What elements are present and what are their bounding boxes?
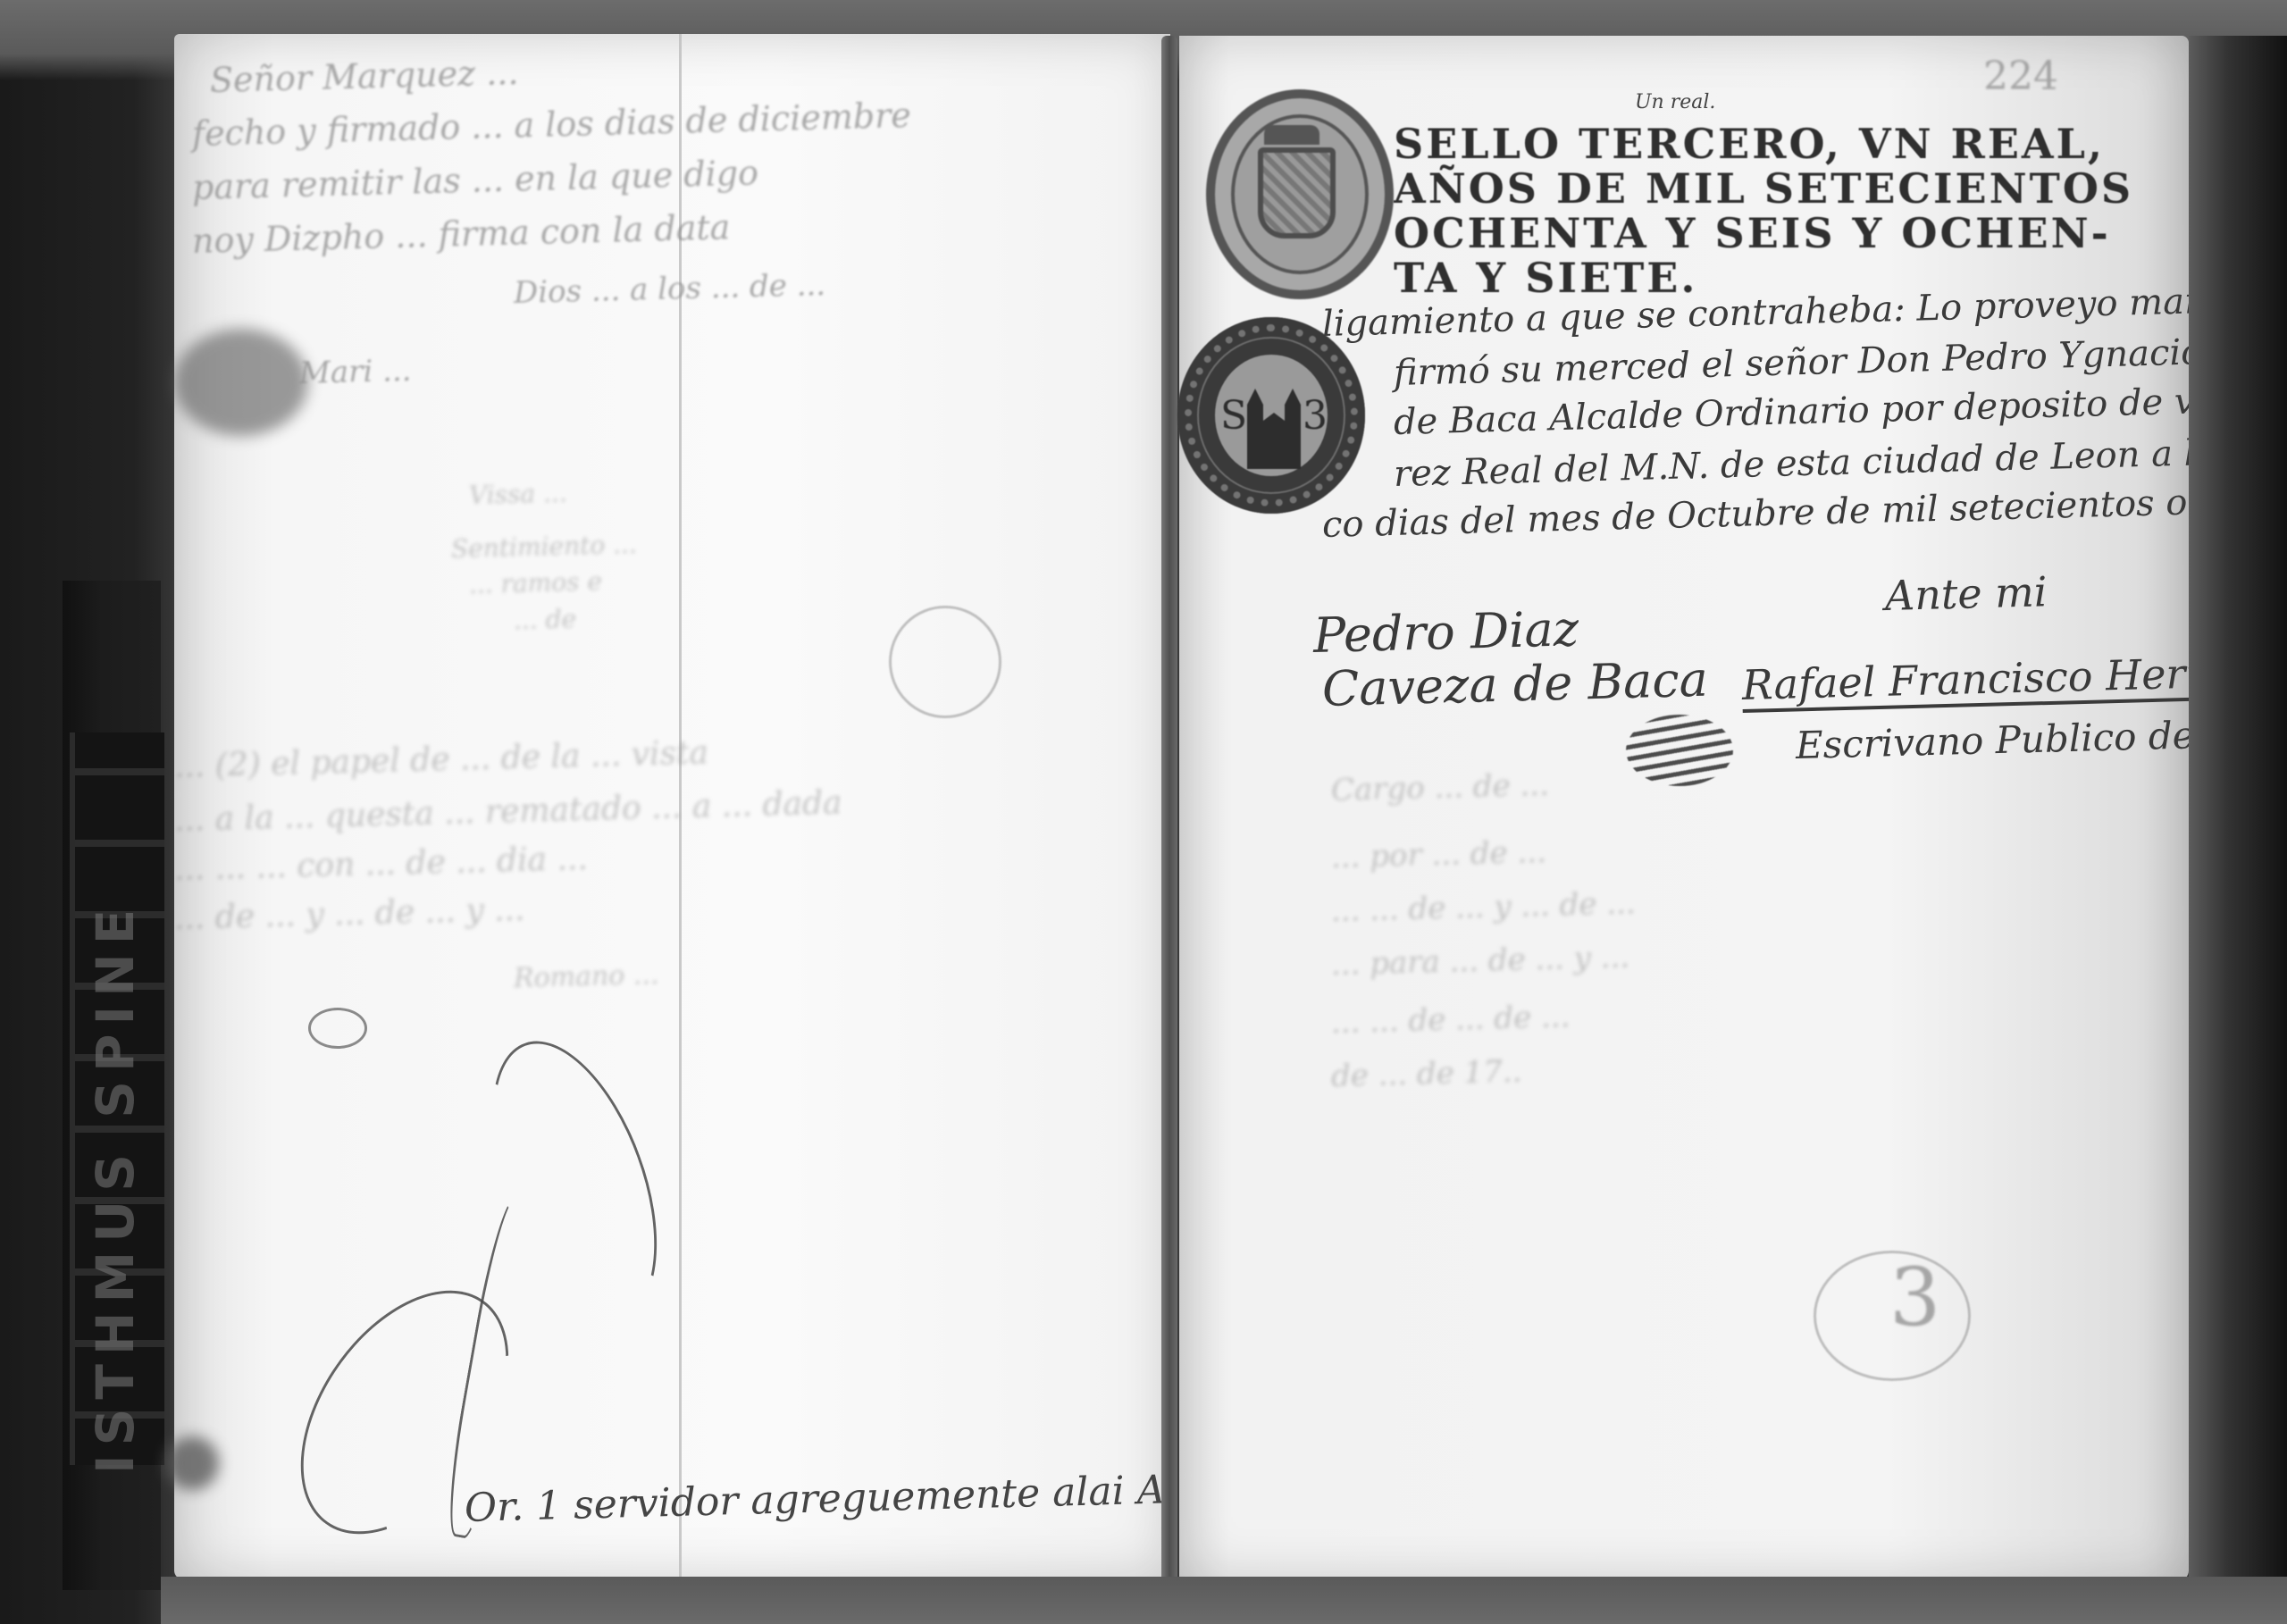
left-page: Señor Marquez ... fecho y firmado ... a …: [174, 34, 1170, 1579]
left-margin-note-3: ... ramos e: [469, 566, 603, 599]
left-page-line-5: Dios ... a los ... de ...: [513, 267, 825, 311]
page-gutter: [1161, 36, 1177, 1590]
left-page-line-4: noy Dizpho ... firma con la data: [191, 207, 730, 261]
faded-line-5: ... ... de ... de ...: [1330, 999, 1570, 1041]
left-page-line-3: para remitir las ... en la que digo: [191, 153, 758, 207]
left-middle-line-4: ... de ... y ... de ... y ...: [173, 892, 525, 937]
left-lower-note: Romano ...: [514, 959, 659, 994]
right-edge-shadow: [2189, 36, 2287, 1624]
left-margin-note-1: Vissa ...: [469, 478, 568, 510]
left-margin-note-4: ... de: [514, 604, 577, 635]
left-margin-note-2: Sentimiento ...: [451, 530, 638, 564]
stamp-header-line-4: TA Y SIETE.: [1394, 255, 1697, 301]
lower-mark: 3: [1889, 1251, 1940, 1344]
stamp-header-line-2: AÑOS DE MIL SETECIENTOS: [1394, 165, 2133, 212]
left-signature-fragment: Mari ...: [298, 353, 411, 391]
left-middle-line-2: ... a la ... questa ... rematado ... a .…: [173, 784, 842, 839]
small-flourish: [308, 1008, 367, 1049]
faded-line-1: Cargo ... de ...: [1330, 767, 1549, 808]
left-middle-line-3: ... ... ... con ... de ... dia ...: [173, 841, 588, 888]
faint-bleedthrough-mark: [889, 606, 1001, 718]
folio-number: 224: [1983, 54, 2058, 99]
faded-line-4: ... para ... de ... y ...: [1330, 939, 1629, 983]
seal-number: 3: [1303, 393, 1328, 439]
stamp-header-line-1: SELLO TERCERO, VN REAL,: [1394, 121, 2105, 167]
ink-blot-lower: [165, 1436, 219, 1490]
bottom-edge-shadow: [161, 1577, 2287, 1624]
crown-icon: [1264, 125, 1319, 145]
signatory-name-line-1: Pedro Diaz: [1312, 600, 1579, 664]
left-page-line-1: Señor Marquez ...: [209, 53, 519, 100]
left-middle-line-1: ... (2) el papel de ... de la ... vista: [173, 734, 708, 785]
stamp-header-line-3: OCHENTA Y SEIS Y OCHEN-: [1394, 210, 2111, 256]
stamp-value-small: Un real.: [1635, 91, 1715, 113]
faded-line-2: ... por ... de ...: [1330, 834, 1546, 875]
castle-seal-stamp: S 3: [1177, 317, 1365, 514]
left-closing-line: Or. 1 servidor agreguemente alai Al: [464, 1467, 1178, 1531]
royal-coat-of-arms-stamp: [1206, 89, 1394, 299]
ink-blot: [174, 329, 308, 436]
shield-icon: [1258, 147, 1336, 239]
left-page-line-2: fecho y firmado ... a los dias de diciem…: [191, 96, 911, 154]
signature-rubric: [1626, 715, 1733, 786]
ante-mi-label: Ante mi: [1884, 567, 2048, 620]
spine-label-text: ISTHMUS SPINE: [85, 900, 146, 1474]
faded-line-3: ... ... de ... y ... de ...: [1330, 885, 1636, 929]
seal-letter-s: S: [1220, 393, 1247, 439]
signatory-name-line-2: Caveza de Baca: [1321, 651, 1708, 717]
faded-line-6: de ... de 17..: [1330, 1053, 1521, 1094]
